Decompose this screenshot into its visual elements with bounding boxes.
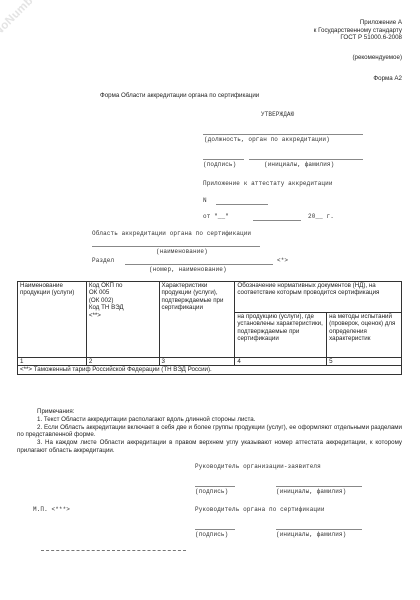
col-number-1: 1 <box>18 358 87 366</box>
col-number-3: 3 <box>159 358 235 366</box>
header-docs-product: на продукцию (услуги), где установлены х… <box>235 313 327 358</box>
notes-title: Примечания: <box>17 408 402 416</box>
approve-label: УТВЕРЖДАЮ <box>261 111 294 118</box>
section-line[interactable] <box>125 264 273 265</box>
section-label: Раздел <box>92 257 114 264</box>
note-item-1: 1. Текст Области аккредитации располагаю… <box>17 416 402 424</box>
attachment-date-prefix: от "__" <box>203 213 229 220</box>
scope-title: Область аккредитации органа по сертифика… <box>92 230 251 237</box>
attachment-label: Приложение к аттестату аккредитации <box>203 180 333 187</box>
appendix-header: Приложение А к Государственному стандарт… <box>202 19 402 42</box>
body-name-caption: (инициалы, фамилия) <box>276 531 346 538</box>
page-title: Форма Области аккредитации органа по сер… <box>100 92 259 100</box>
stamp-label: М.П. <***> <box>33 506 70 513</box>
appendix-label: Приложение А <box>202 19 402 27</box>
note-item-2: 2. Если Область аккредитации включает в … <box>17 424 402 440</box>
applicant-signature-line[interactable] <box>195 486 235 487</box>
applicant-name-line[interactable] <box>276 486 362 487</box>
table-footnote: <**> Таможенный тариф Российской Федерац… <box>18 366 402 374</box>
form-label: Форма А2 <box>202 75 402 83</box>
section-footnote: <*> <box>277 257 288 264</box>
watermark: NoNumber.ru <box>0 0 54 38</box>
signature-line <box>203 159 244 160</box>
applicant-signature-caption: (подпись) <box>195 488 228 495</box>
attachment-date-year: 20__ г. <box>308 213 334 220</box>
table-footnote-row: <**> Таможенный тариф Российской Федерац… <box>18 366 402 374</box>
name-caption: (инициалы, фамилия) <box>264 161 334 168</box>
gost-label: ГОСТ Р 51000.6-2008 <box>202 34 402 42</box>
position-caption: (должность, орган по аккредитации) <box>204 136 330 143</box>
scope-table: Наименование продукции (услуги) Код ОКП … <box>17 281 402 375</box>
attachment-number-prefix: N <box>203 197 207 204</box>
col-number-5: 5 <box>327 358 402 366</box>
scope-name-line[interactable] <box>92 246 260 247</box>
standard-label: к Государственному стандарту <box>202 27 402 35</box>
signature-caption: (подпись) <box>203 161 236 168</box>
attachment-date-field[interactable] <box>253 220 301 221</box>
body-name-line[interactable] <box>276 529 362 530</box>
col-number-4: 4 <box>235 358 327 366</box>
header-characteristics: Характеристики продукции (услуги), подтв… <box>159 282 235 358</box>
applicant-head-label: Руководитель организации-заявителя <box>195 463 321 470</box>
header-docs-methods: на методы испытаний (проверок, оценок) д… <box>327 313 402 358</box>
body-signature-caption: (подпись) <box>195 531 228 538</box>
footnote-separator <box>41 550 186 551</box>
applicant-name-caption: (инициалы, фамилия) <box>276 488 346 495</box>
table-header-row: Наименование продукции (услуги) Код ОКП … <box>18 282 402 313</box>
body-signature-line[interactable] <box>195 529 235 530</box>
name-line <box>249 159 363 160</box>
body-head-label: Руководитель органа по сертификации <box>195 506 325 513</box>
col-number-2: 2 <box>86 358 159 366</box>
attachment-number-field[interactable] <box>216 204 268 205</box>
header-product-name: Наименование продукции (услуги) <box>18 282 87 358</box>
header-okp-code: Код ОКП по ОК 005 (ОК 002) Код ТН ВЭД <*… <box>86 282 159 358</box>
note-item-3: 3. На каждом листе Области аккредитации … <box>17 439 402 455</box>
position-line <box>203 134 363 135</box>
scope-name-caption: (наименование) <box>156 248 208 255</box>
notes: Примечания: 1. Текст Области аккредитаци… <box>17 408 402 455</box>
recommended-label: (рекомендуемое) <box>202 54 402 62</box>
table-number-row: 1 2 3 4 5 <box>18 358 402 366</box>
section-caption: (номер, наименование) <box>149 266 227 273</box>
header-normative-docs: Обозначение нормативных документов (НД),… <box>235 282 402 313</box>
